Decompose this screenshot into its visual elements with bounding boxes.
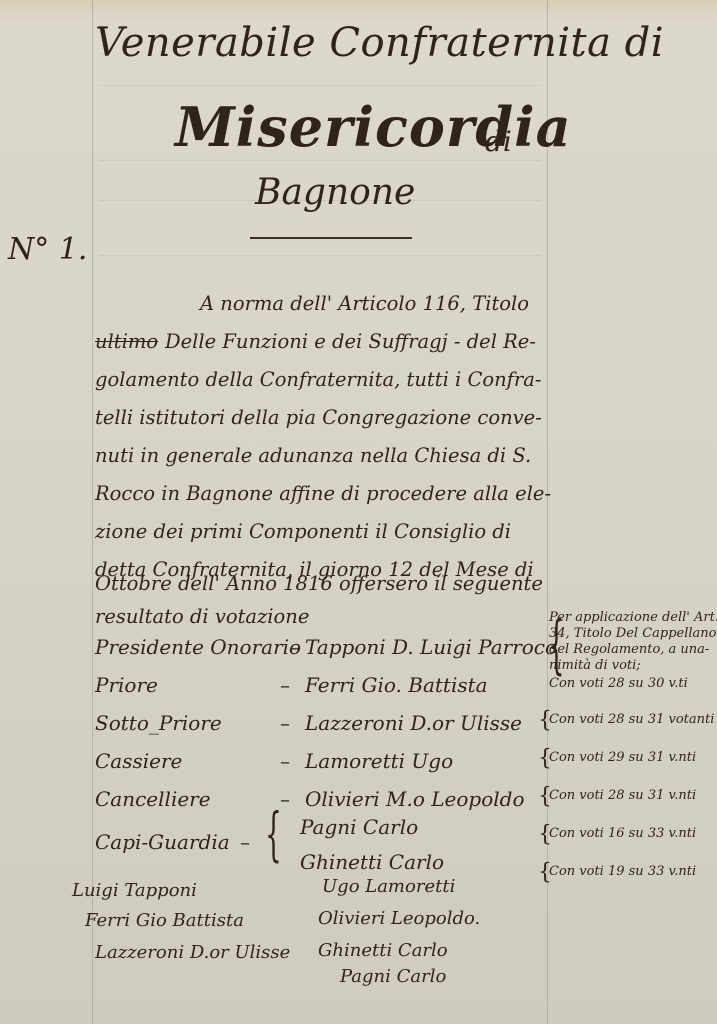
role-label: Priore	[95, 673, 158, 697]
margin-note: Con voti 28 su 31 votanti	[549, 712, 714, 727]
margin-note: del Regolamento, a una-	[549, 642, 709, 657]
bleed-through-line	[100, 255, 540, 256]
role-label: Cassiere	[95, 749, 182, 773]
brace-icon: {	[265, 800, 282, 868]
elected-name: Lamoretti Ugo	[305, 749, 453, 773]
margin-note: Per applicazione dell' Art.	[549, 610, 717, 625]
margin-note: Con voti 16 su 33 v.nti	[549, 826, 696, 841]
body-line: Ottobre dell' Anno 1816 offersero il seg…	[95, 572, 543, 595]
margin-note: Con voti 28 su 30 v.ti	[549, 676, 688, 691]
manuscript-page: Venerabile Confraternita di Misericordia…	[0, 0, 717, 1024]
signature: Ghinetti Carlo	[318, 940, 448, 961]
struck-word: ultimo	[95, 330, 158, 353]
role-label: Sotto_Priore	[95, 711, 222, 735]
signature: Luigi Tapponi	[72, 880, 197, 901]
elected-name: Ghinetti Carlo	[300, 850, 444, 874]
signature: Olivieri Leopoldo.	[318, 908, 480, 929]
signature: Pagni Carlo	[340, 966, 446, 987]
heading-line-2-suffix: di	[485, 125, 512, 158]
elected-name: Ferri Gio. Battista	[305, 673, 488, 697]
margin-note: Con voti 19 su 33 v.nti	[549, 864, 696, 879]
body-line: A norma dell' Articolo 116, Titolo	[200, 292, 529, 315]
signature: Lazzeroni D.or Ulisse	[95, 942, 290, 963]
heading-line-1: Venerabile Confraternita di	[95, 20, 664, 66]
dash: –	[280, 749, 290, 773]
bleed-through-line	[100, 85, 540, 86]
role-label: Capi-Guardia	[95, 830, 230, 854]
dash: –	[280, 673, 290, 697]
heading-line-2: Misericordia	[175, 95, 572, 159]
heading-underline	[250, 237, 412, 239]
body-line: Delle Funzioni e dei Suffragj - del Re-	[165, 330, 536, 353]
margin-note: Con voti 29 su 31 v.nti	[549, 750, 696, 765]
body-line: zione dei primi Componenti il Consiglio …	[95, 520, 511, 543]
bleed-through-line	[100, 160, 540, 161]
role-label: Cancelliere	[95, 787, 211, 811]
elected-name: Olivieri M.o Leopoldo	[305, 787, 525, 811]
document-number: N° 1.	[8, 232, 87, 267]
elected-name: Lazzeroni D.or Ulisse	[305, 711, 522, 735]
signature: Ugo Lamoretti	[322, 876, 455, 897]
role-label: Presidente Onorario	[95, 635, 301, 659]
dash: –	[280, 711, 290, 735]
elected-name: Pagni Carlo	[300, 815, 418, 839]
margin-note: Con voti 28 su 31 v.nti	[549, 788, 696, 803]
elected-name: Tapponi D. Luigi Parroco	[305, 635, 557, 659]
heading-line-3: Bagnone	[255, 172, 415, 213]
dash: –	[290, 635, 300, 659]
margin-note: 34, Titolo Del Cappellano-	[549, 626, 717, 641]
dash: –	[240, 830, 250, 854]
left-margin-rule	[92, 0, 93, 1024]
body-line: resultato di votazione	[95, 605, 309, 628]
body-line: telli istitutori della pia Congregazione…	[95, 406, 542, 429]
signature: Ferri Gio Battista	[85, 910, 244, 931]
body-line: golamento della Confraternita, tutti i C…	[95, 368, 541, 391]
margin-note: nimità di voti;	[549, 658, 641, 673]
body-line: Rocco in Bagnone affine di procedere all…	[95, 482, 551, 505]
body-line: nuti in generale adunanza nella Chiesa d…	[95, 444, 531, 467]
